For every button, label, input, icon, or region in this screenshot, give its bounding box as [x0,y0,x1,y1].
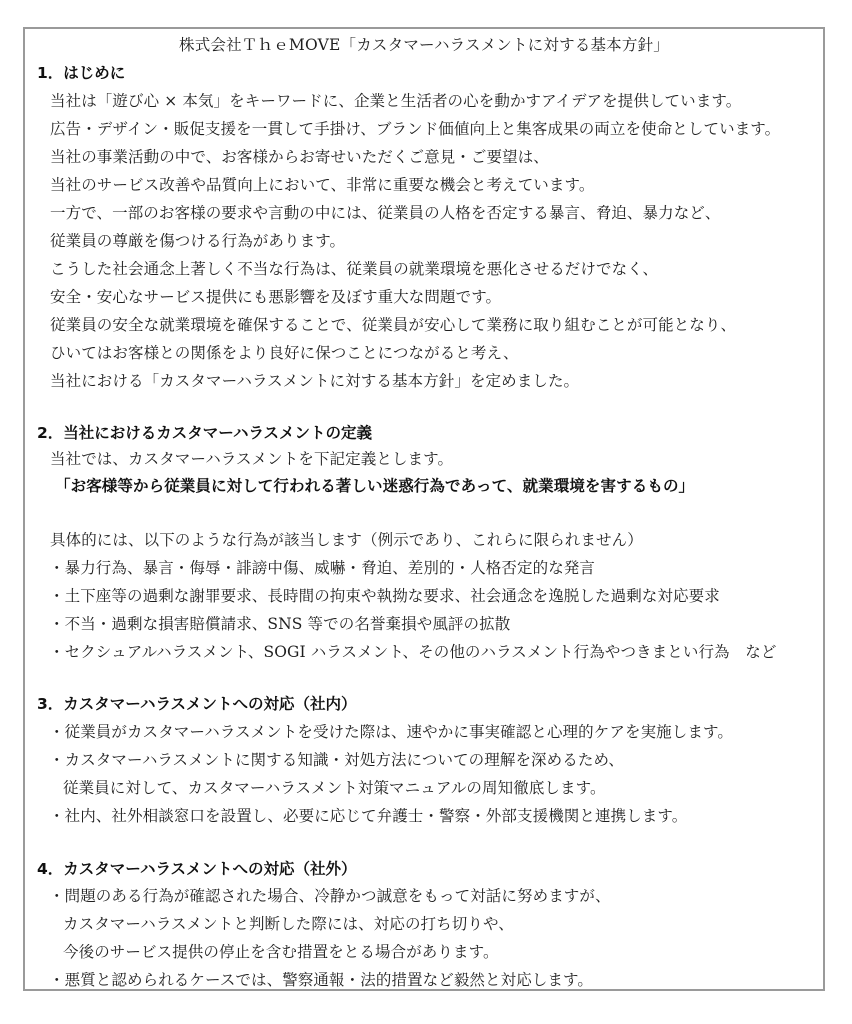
section-1-line: 当社の事業活動の中で、お客様からお寄せいただくご意見・ご要望は、 [50,145,549,169]
section-3-heading: 3．カスタマーハラスメントへの対応（社内） [37,692,357,716]
section-1-line: 従業員の安全な就業環境を確保することで、従業員が安心して業務に取り組むことが可能… [50,313,736,337]
section-1-line: ひいてはお客様との関係をより良好に保つことにつながると考え、 [50,341,519,365]
section-1-line: 当社は「遊び心 × 本気」をキーワードに、企業と生活者の心を動かすアイデアを提供… [50,89,741,113]
example-bullet: ・不当・過剰な損害賠償請求、SNS 等での名誉棄損や風評の拡散 [49,612,510,636]
section-4-line: ・悪質と認められるケースでは、警察通報・法的措置など毅然と対応します。 [49,968,593,992]
example-bullet: ・セクシュアルハラスメント、SOGI ハラスメント、その他のハラスメント行為やつ… [49,640,776,664]
harassment-definition: 「お客様等から従業員に対して行われる著しい迷惑行為であって、就業環境を害するもの… [55,474,694,498]
section-1-line: 当社のサービス改善や品質向上において、非常に重要な機会と考えています。 [50,173,594,197]
section-1-line: 従業員の尊厳を傷つける行為があります。 [50,229,345,253]
section-4-line: ・問題のある行為が確認された場合、冷静かつ誠意をもって対話に努めますが、 [49,884,611,908]
section-2-intro: 当社では、カスタマーハラスメントを下記定義とします。 [50,447,453,471]
section-4-line: カスタマーハラスメントと判断した際には、対応の打ち切りや、 [63,912,514,936]
section-1-line: 一方で、一部のお客様の要求や言動の中には、従業員の人格を否定する暴言、脅迫、暴力… [50,201,721,225]
section-3-line: ・従業員がカスタマーハラスメントを受けた際は、速やかに事実確認と心理的ケアを実施… [49,720,733,744]
section-1-line: 安全・安心なサービス提供にも悪影響を及ぼす重大な問題です。 [50,285,501,309]
section-4-heading: 4．カスタマーハラスメントへの対応（社外） [37,857,357,881]
section-1-line: 広告・デザイン・販促支援を一貫して手掛け、ブランド価値向上と集客成果の両立を使命… [50,117,780,141]
section-1-line: 当社における「カスタマーハラスメントに対する基本方針」を定めました。 [50,369,579,393]
section-3-line: 従業員に対して、カスタマーハラスメント対策マニュアルの周知徹底します。 [63,776,606,800]
section-2-heading: 2．当社におけるカスタマーハラスメントの定義 [37,421,372,445]
section-3-line: ・カスタマーハラスメントに関する知識・対処方法についての理解を深めるため、 [49,748,624,772]
section-1-heading: 1．はじめに [37,61,125,85]
example-bullet: ・暴力行為、暴言・侮辱・誹謗中傷、威嚇・脅迫、差別的・人格否定的な発言 [49,556,595,580]
examples-intro: 具体的には、以下のような行為が該当します（例示であり、これらに限られません） [50,528,643,552]
section-3-line: ・社内、社外相談窓口を設置し、必要に応じて弁護士・警察・外部支援機関と連携します… [49,804,687,828]
section-1-line: こうした社会通念上著しく不当な行為は、従業員の就業環境を悪化させるだけでなく、 [50,257,658,281]
policy-document: 株式会社ＴｈｅMOVE「カスタマーハラスメントに対する基本方針」 1．はじめに … [23,27,825,991]
document-title: 株式会社ＴｈｅMOVE「カスタマーハラスメントに対する基本方針」 [25,33,823,57]
section-4-line: 今後のサービス提供の停止を含む措置をとる場合があります。 [63,940,499,964]
example-bullet: ・土下座等の過剰な謝罪要求、長時間の拘束や執拗な要求、社会通念を逸脱した過剰な対… [49,584,720,608]
